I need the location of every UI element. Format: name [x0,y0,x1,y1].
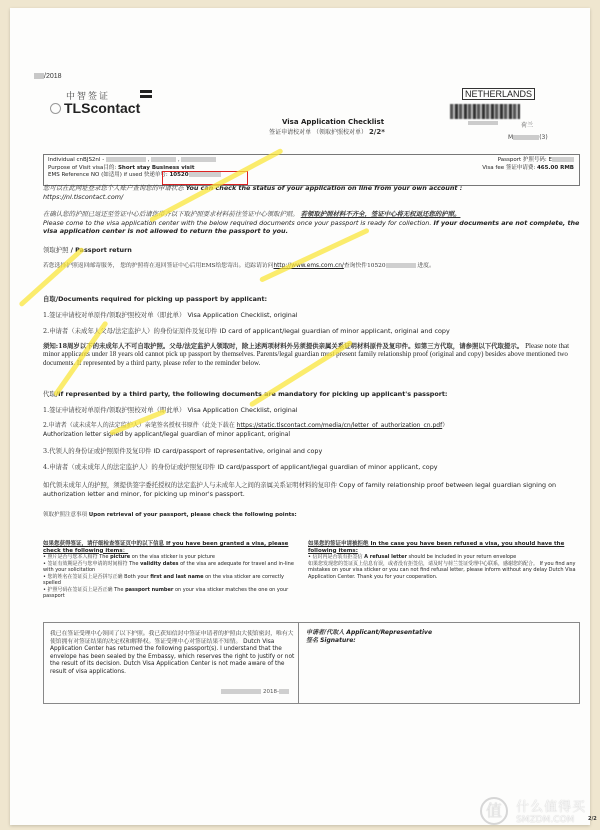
country-label-cn: 荷兰 [521,120,533,129]
refused-visa-column: 如果您的签证申请被拒绝 In the case you have been re… [308,541,580,580]
acknowledgement-text: 我已在签证受理中心领回了以下护照。我已获知信封中签证申请者的护照由大使馆密封，唯… [50,631,295,676]
acknowledgement-signature-box: 我已在签证受理中心领回了以下护照。我已获知信封中签证申请者的护照由大使馆密封，唯… [43,622,580,704]
box-divider [298,623,299,703]
reference-number: M(3) [508,134,548,141]
self-pickup-item-2: 2.申请者（未成年人父母/法定监护人）的身份证原件及复印件 ID card of… [43,327,583,336]
barcode-number-redacted [468,121,498,125]
logo-tlscontact: TLScontact [50,100,140,116]
document-page: /2018 中智签证 TLScontact Visa Application C… [10,8,590,825]
granted-heading: 如果您获得签证，请仔细检查签证页中的以下信息 If you have been … [43,541,295,554]
third-party-item-4: 4.申请者（或未成年人的法定监护人）的身份证或护照复印件 ID card/pas… [43,463,583,472]
self-pickup-heading: 自取/Documents required for picking up pas… [43,295,583,304]
ems-line: EMS Reference NO (如适用) if used 快递单号: 105… [48,172,575,180]
document-subtitle: 签证申请校对单 （领取护照校对单） 2/2* [202,127,452,136]
watermark-seal-icon: 值 [480,797,508,825]
document-date: /2018 [34,73,62,80]
globe-icon [50,103,61,114]
check-item: 护照号码在签证页上是否正确 The passport number on you… [43,587,295,600]
status-link[interactable]: https://nl.tlscontact.com/ [43,193,123,201]
passport-fee-block: Passport 护照号码: E Visa fee 签证申请费: 465.00 … [482,157,574,172]
page-number: 2/2 [588,816,597,822]
refused-heading: 如果您的签证申请被拒绝 In the case you have been re… [308,541,580,554]
third-party-item-1: 1.签证申请校对单原件/领取护照校对单（即此单） Visa Applicatio… [43,406,583,415]
minor-proxy-note: 如代领未成年人的护照，须提供签字委托授权的法定监护人与未成年人之间的亲属关系证明… [43,481,583,498]
check-item: 签证有效期是否与您申请的时间相符 The validity dates of t… [43,561,295,574]
highlighter-stroke [259,228,370,283]
document-title: Visa Application Checklist [218,118,448,126]
logo-bars-icon [140,90,152,100]
watermark: 值 什么值得买 SMZDM.COM [480,796,586,825]
applicant-info-box: Individual cnBJS2nl - , , Purpose of Vis… [43,154,580,186]
status-check-paragraph: 您可以在此网址登录您个人账户查询您的申请状态 You can check the… [43,184,583,201]
self-pickup-item-1: 1.签证申请校对单原件/领取护照校对单（即此单） Visa Applicatio… [43,311,583,320]
collection-paragraph: 在确认您的护照已返还至签证中心后请您带齐以下取护照要求材料前往签证中心领取护照。… [43,210,583,236]
check-item: 您的姓名在签证页上是否拼写正确 Both your first and last… [43,574,295,587]
country-label: NETHERLANDS [462,88,535,100]
barcode [450,104,520,119]
refused-note: 如果您发现您的签证页上信息有误，或者没有拒签信，请及时与荷兰签证受理中心联系，感… [308,561,580,581]
third-party-item-3: 3.代领人的身份证或护照原件及复印件 ID card/passport of r… [43,447,583,456]
granted-visa-column: 如果您获得签证，请仔细检查签证页中的以下信息 If you have been … [43,541,295,600]
third-party-heading: 代取/If represented by a third party, the … [43,390,583,399]
acknowledgement-date: 2018- [221,689,289,695]
retrieval-heading: 领取护照注意事项 Upon retrieval of your passport… [43,511,583,520]
signature-field[interactable]: 申请者/代取人 Applicant/Representative 签名 Sign… [306,629,432,644]
authorization-letter-link[interactable]: https://static.tlscontact.com/media/cn/l… [237,422,443,429]
passport-return-text: 若您选择护照返回邮寄服务， 您的护照将在返回签证中心后用EMS给您寄出。追踪请访… [43,262,583,271]
